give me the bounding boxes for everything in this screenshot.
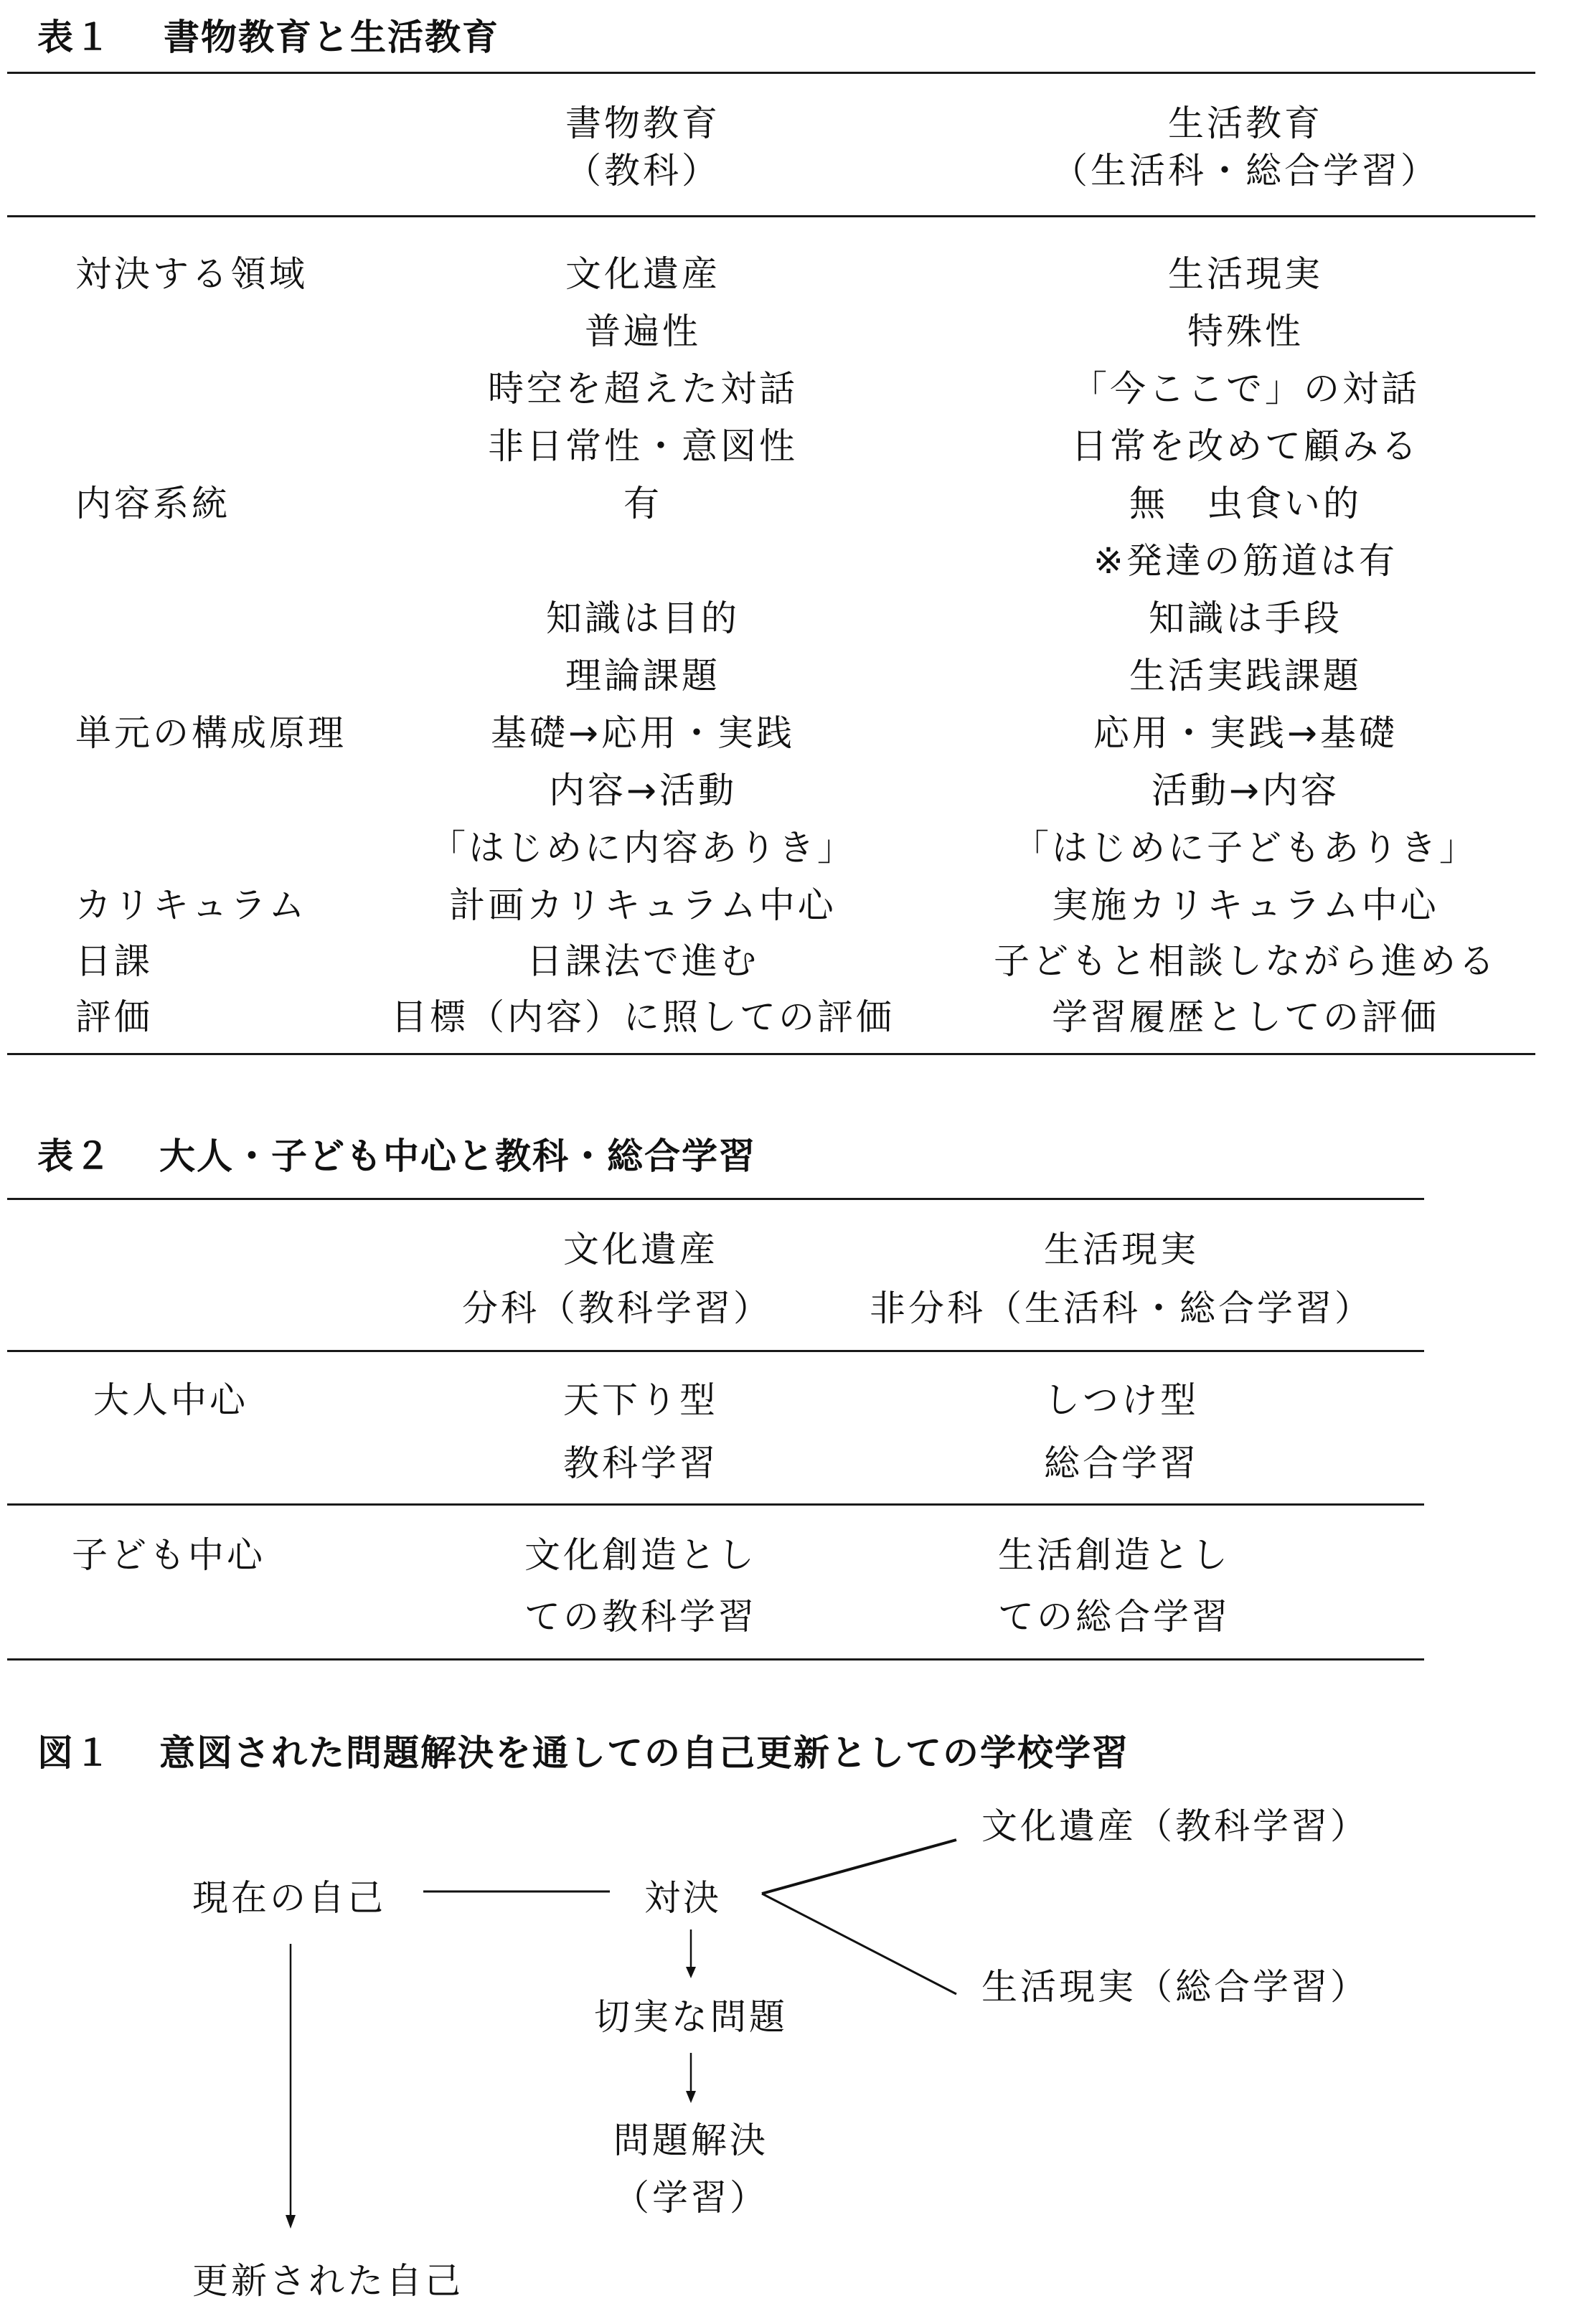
arrow-down-icon bbox=[686, 2091, 696, 2103]
node-urgent-problem: 切実な問題 bbox=[594, 1988, 788, 2040]
branch-line-cultural-heritage bbox=[762, 1840, 956, 1894]
node-learning: （学習） bbox=[613, 2169, 768, 2221]
node-confrontation: 対決 bbox=[644, 1869, 722, 1921]
branch-line-life-reality bbox=[762, 1894, 956, 1994]
node-problem-solving: 問題解決 bbox=[613, 2112, 768, 2163]
arrow-down-icon bbox=[686, 1967, 696, 1978]
arrow-down-icon bbox=[286, 2215, 296, 2229]
node-updated-self: 更新された自己 bbox=[192, 2252, 463, 2304]
node-life-reality: 生活現実（総合学習） bbox=[981, 1958, 1369, 2010]
node-current-self: 現在の自己 bbox=[192, 1869, 386, 1921]
node-cultural-heritage: 文化遺産（教科学習） bbox=[981, 1798, 1369, 1849]
